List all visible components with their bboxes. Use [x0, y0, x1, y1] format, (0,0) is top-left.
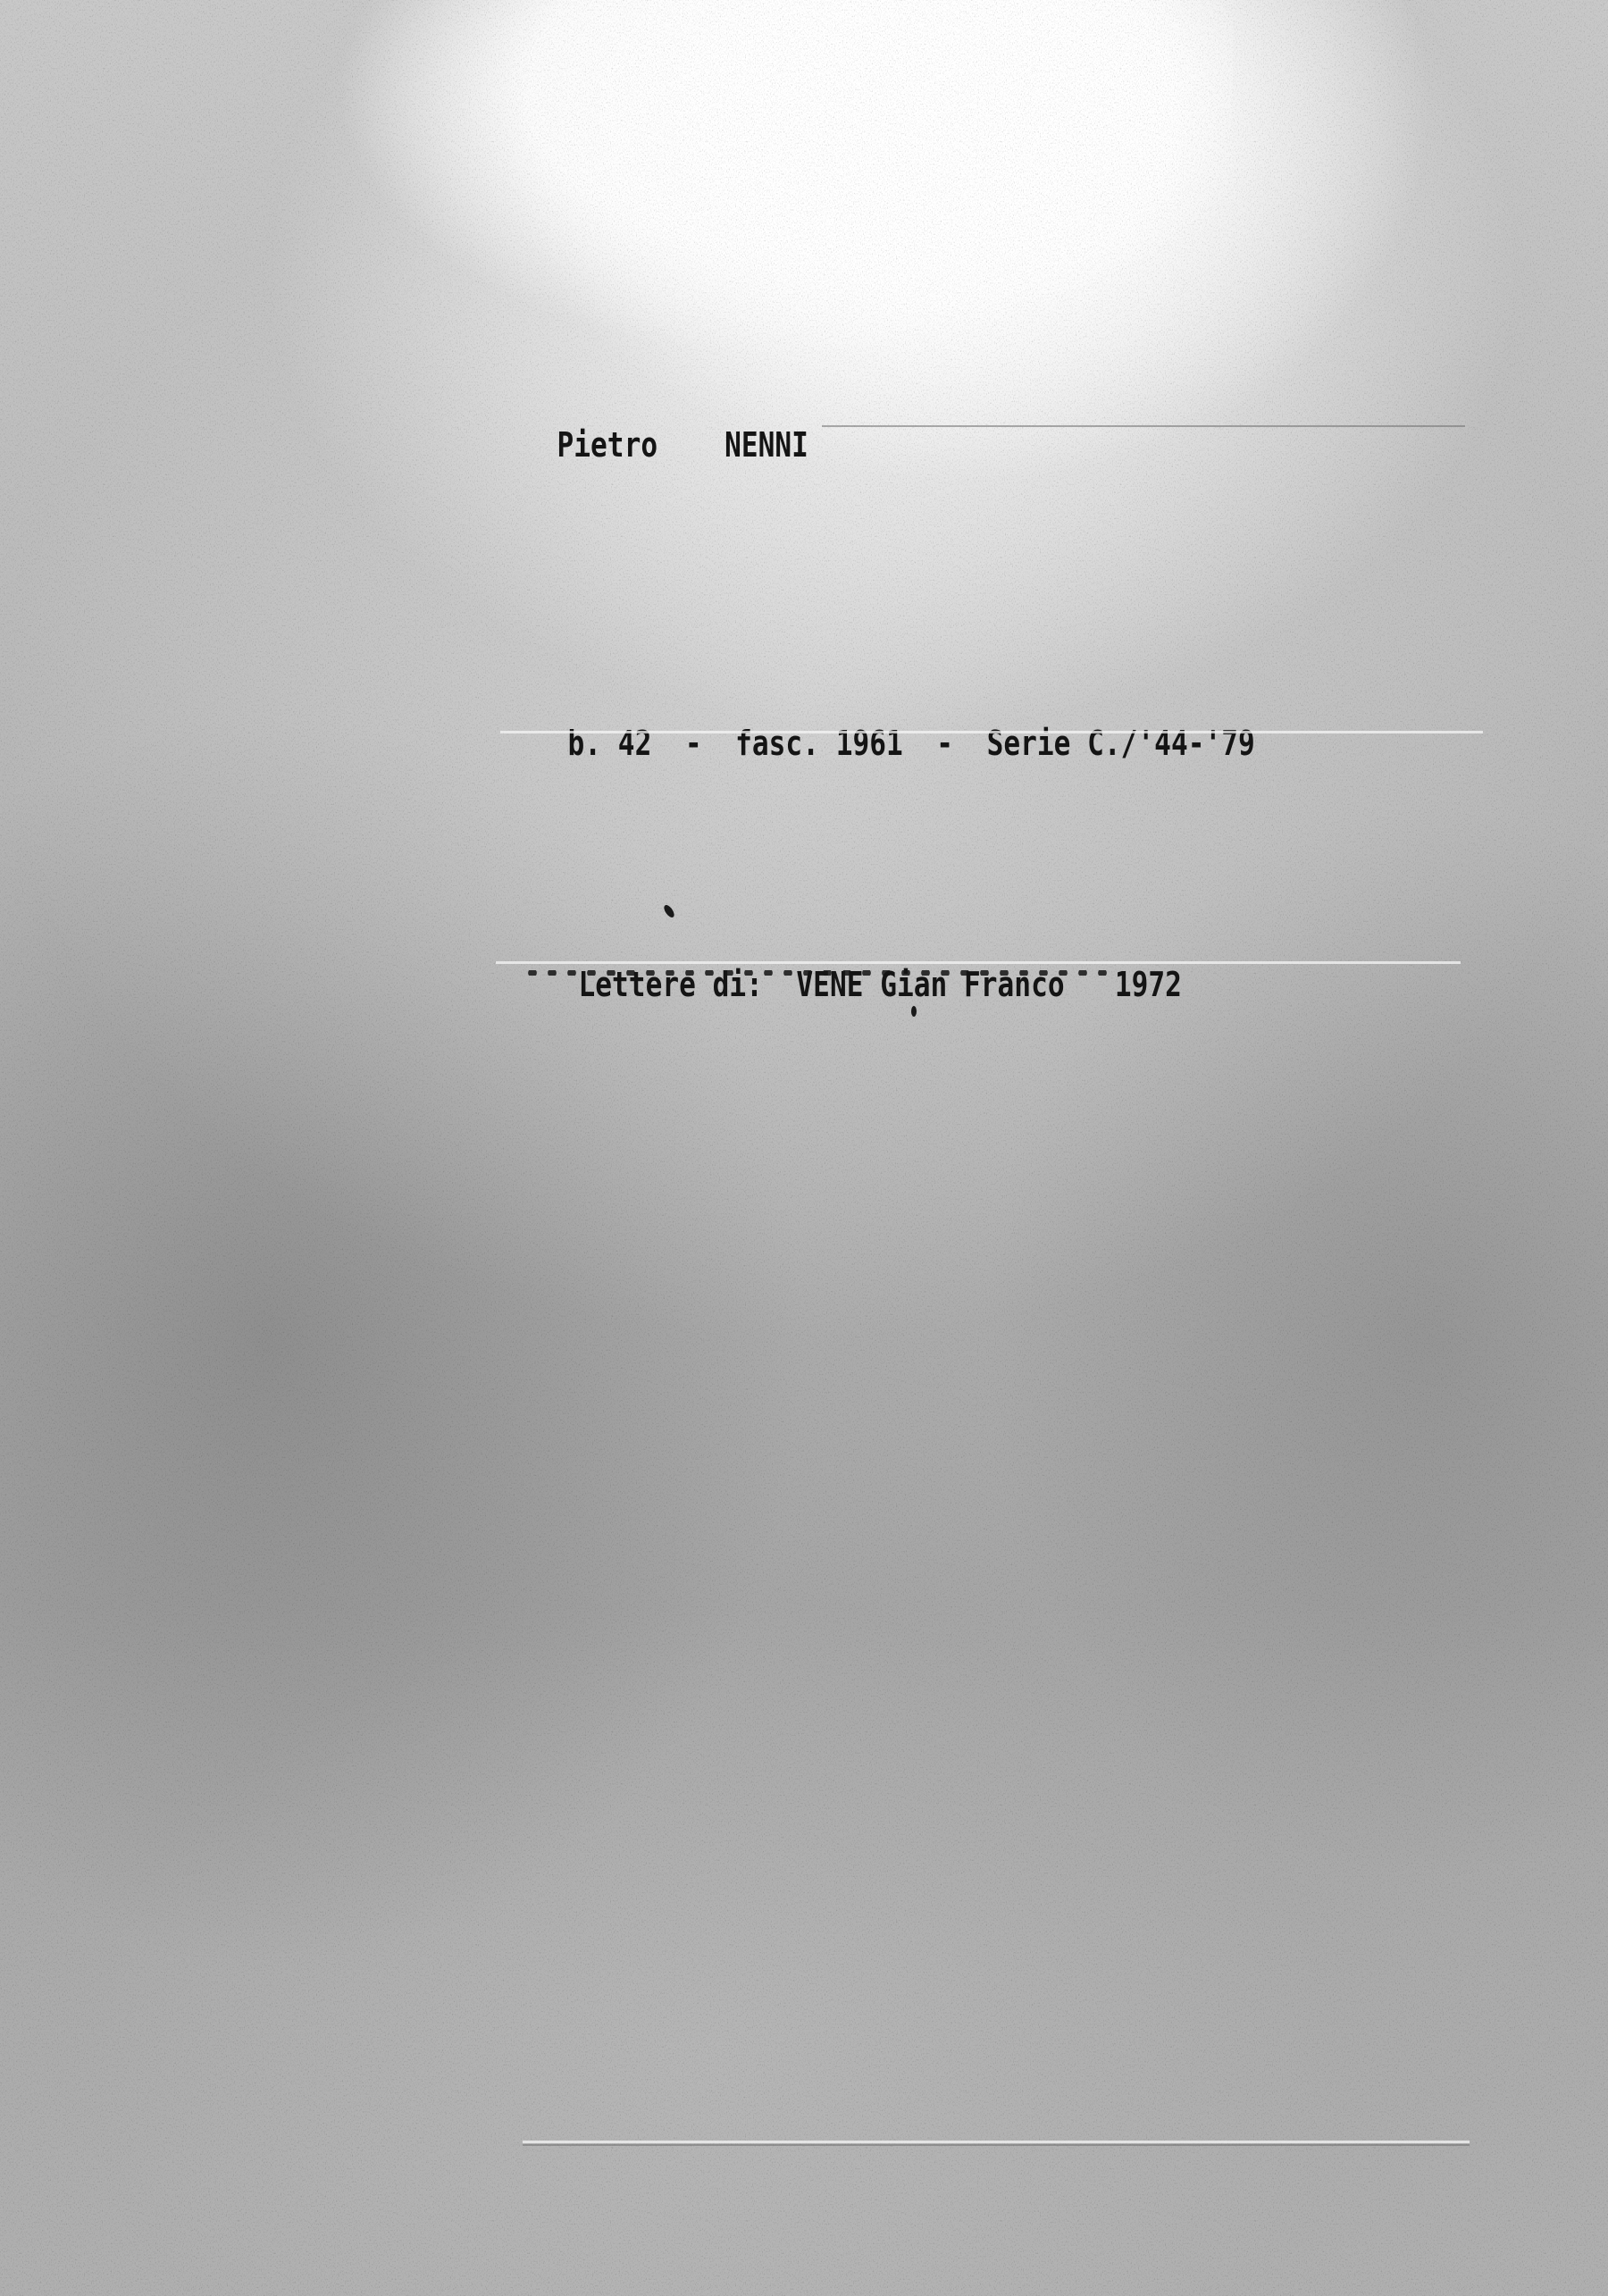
- author-last-name: NENNI: [724, 425, 808, 465]
- author-underline: [822, 425, 1465, 427]
- author-name-line: Pietro NENNI: [523, 386, 808, 465]
- bottom-rule-shadow: [523, 2144, 1470, 2146]
- typed-dot-leader: [523, 970, 1112, 976]
- bottom-rule: [523, 2141, 1470, 2143]
- ink-speck: [911, 1006, 917, 1017]
- correspondence-underline: [496, 961, 1461, 964]
- busta-number: b. 42: [568, 724, 652, 763]
- correspondence-line: Lettere di: VENE Gian Franco 1972: [545, 926, 1182, 1004]
- scanned-page-background: [0, 0, 1608, 2296]
- fascicolo-number: fasc. 1961: [735, 724, 903, 763]
- reference-underline: [500, 731, 1483, 733]
- correspondence-year: 1972: [1115, 965, 1182, 1004]
- serie-label: Serie C./'44-'79: [987, 724, 1255, 763]
- author-first-name: Pietro: [557, 425, 658, 465]
- reference-line: b. 42 - fasc. 1961 - Serie C./'44-'79: [534, 684, 1255, 763]
